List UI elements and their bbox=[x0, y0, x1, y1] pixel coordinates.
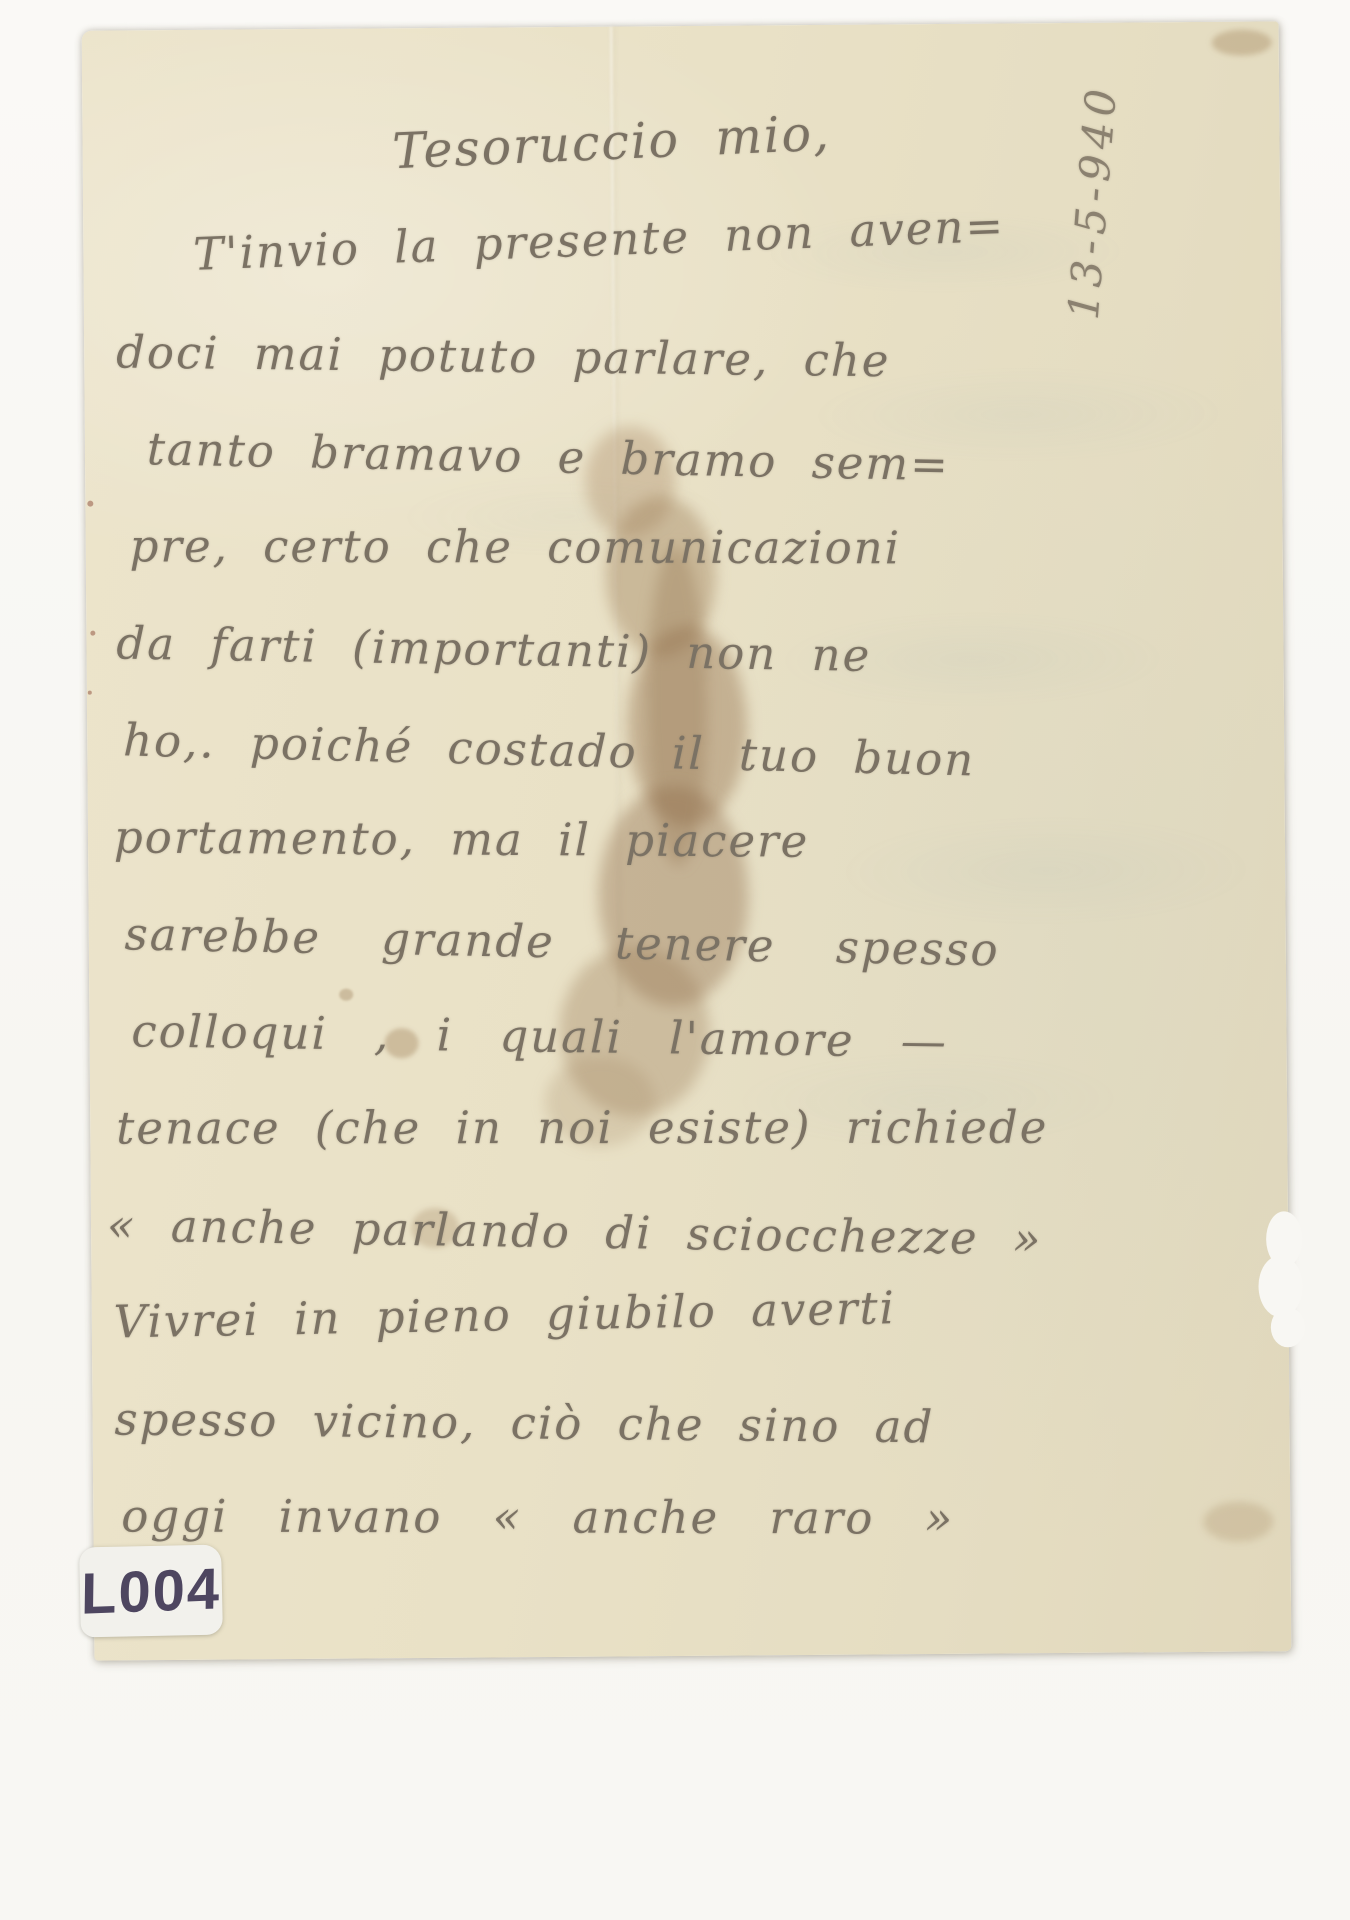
stain-spot bbox=[1212, 29, 1272, 55]
letter-line: Vivrei in pieno giubilo averti bbox=[113, 1253, 1260, 1371]
archive-label: L004 bbox=[79, 1545, 223, 1638]
paper-speck bbox=[90, 631, 95, 636]
letter-paper: 13-5-940 Tesoruccio mio, T'invio la pres… bbox=[82, 21, 1292, 1660]
water-stain bbox=[82, 21, 1279, 30]
letter-line: tenace (che in noi esiste) richiede bbox=[116, 1078, 1257, 1176]
letter-line: colloqui , i quali l'amore — bbox=[131, 982, 1257, 1094]
paper-speck bbox=[88, 691, 92, 695]
scan-background: 13-5-940 Tesoruccio mio, T'invio la pres… bbox=[0, 0, 1350, 1920]
letter-line: portamento, ma il piacere bbox=[114, 788, 1256, 892]
letter-line: oggi invano « anche raro » bbox=[121, 1467, 1260, 1567]
letter-line: pre, certo che comunicazioni bbox=[130, 497, 1253, 597]
letter-line: spesso vicino, ciò che sino ad bbox=[114, 1371, 1260, 1479]
paper-speck bbox=[87, 501, 93, 507]
paper-tear bbox=[1256, 1211, 1303, 1341]
archive-label-code: L004 bbox=[80, 1555, 221, 1627]
letter-line: da farti (importanti) non ne bbox=[116, 594, 1254, 710]
letter-body: Tesoruccio mio, T'invio la presente non … bbox=[96, 94, 1260, 1565]
letter-line: doci mai potuto parlare, che bbox=[116, 303, 1252, 413]
letter-line: T'invio la presente non aven= bbox=[192, 168, 1252, 303]
